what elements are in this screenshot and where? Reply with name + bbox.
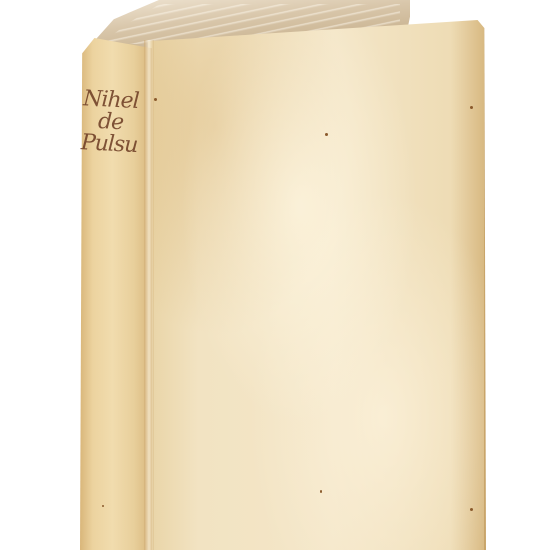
foxing-spot xyxy=(470,106,473,109)
foxing-spot xyxy=(470,508,473,511)
spine-title-line-3: Pulsu xyxy=(80,132,151,158)
foxing-spot xyxy=(102,505,104,507)
book-photo: Nihel de Pulsu xyxy=(0,0,550,550)
front-cover xyxy=(148,20,486,550)
foxing-spot xyxy=(154,98,157,101)
foxing-spot xyxy=(320,490,322,493)
foxing-spot xyxy=(325,133,328,136)
spine-title: Nihel de Pulsu xyxy=(80,88,153,158)
